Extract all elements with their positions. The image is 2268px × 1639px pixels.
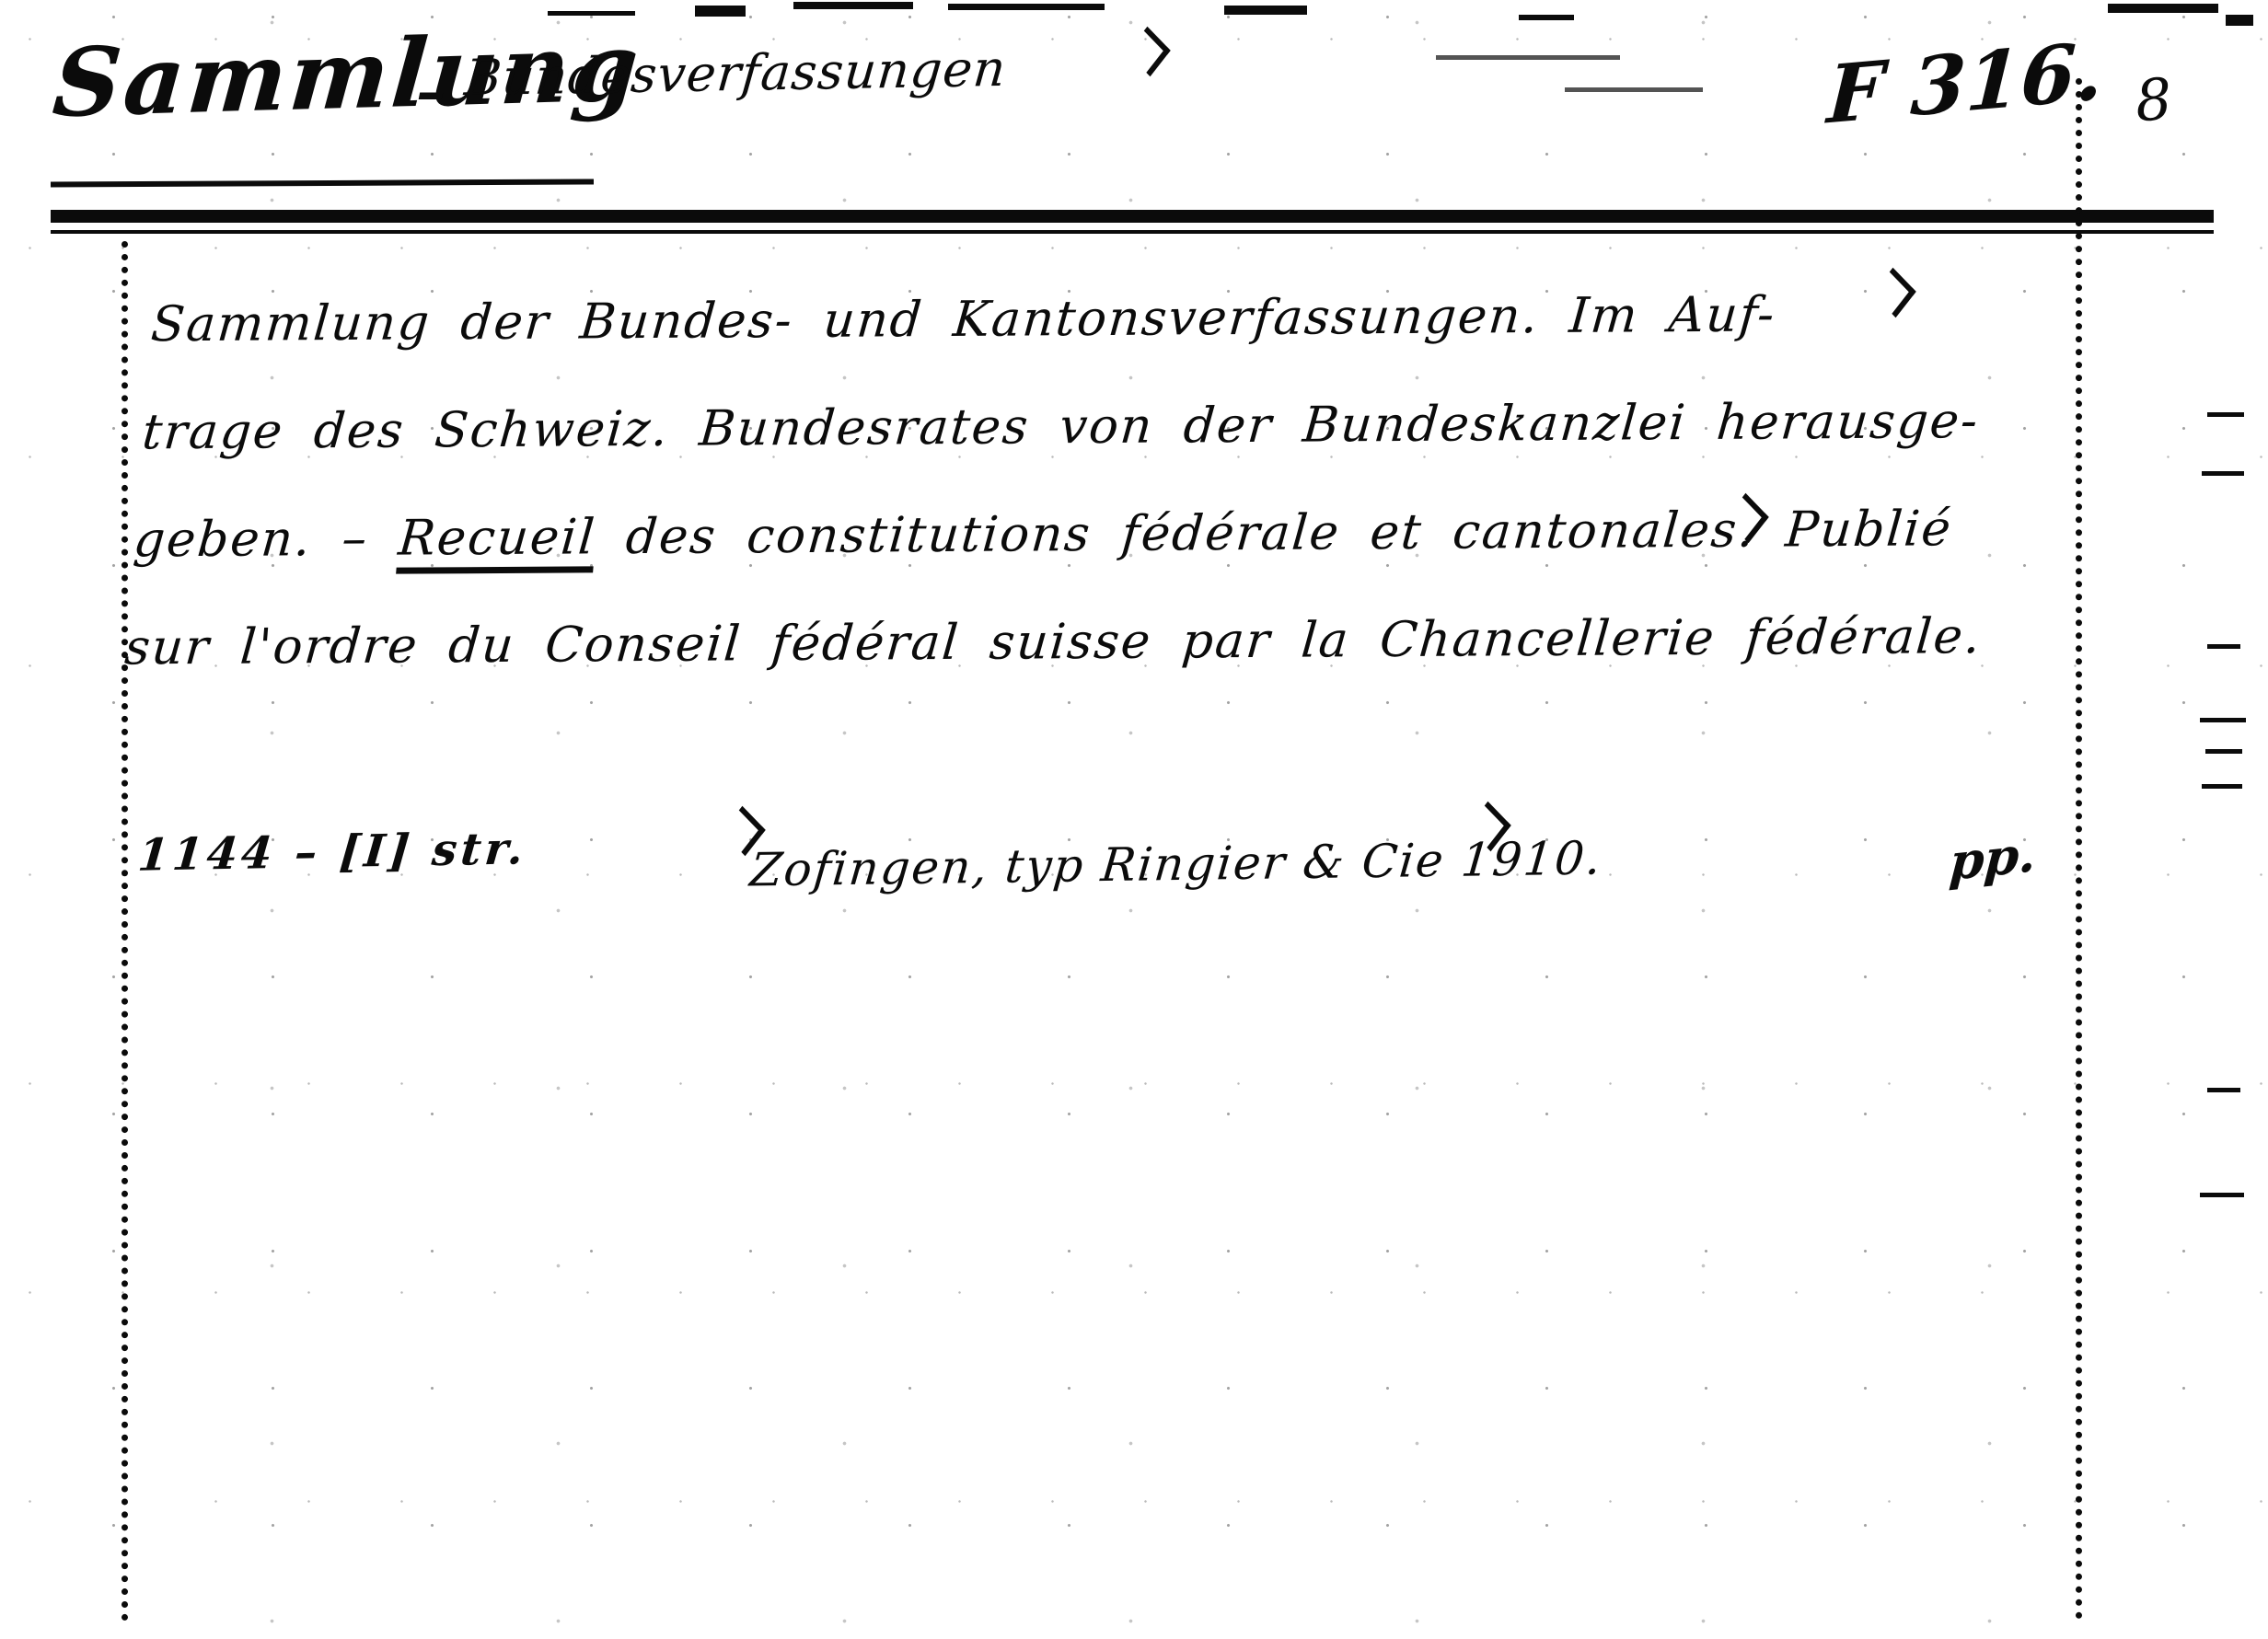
scan-noise-mark (548, 11, 635, 16)
scan-noise-mark (1565, 87, 1703, 92)
card-right-dotted-border (2076, 78, 2082, 1620)
description-line-3-prefix: geben. – (132, 511, 401, 569)
scan-noise-texture (0, 0, 2268, 1639)
annotation-pp: pp. (1948, 824, 2038, 893)
description-line-4: sur l'ordre du Conseil fédéral suisse pa… (121, 583, 2053, 702)
scan-noise-mark (2205, 749, 2242, 754)
card-subtitle: Bundesverfassungen (462, 40, 1009, 107)
header-rule-thick (51, 210, 2214, 223)
description-line-3: geben. – Recueil des constitutions fédér… (129, 475, 2061, 594)
title-underline-rule (51, 179, 594, 187)
description-line-2: trage des Schweiz. Bundesrates von der B… (138, 367, 2070, 487)
scan-noise-mark (1436, 55, 1620, 60)
scan-noise-mark (793, 2, 913, 9)
title-dash: – (416, 57, 445, 126)
card-left-dotted-border (121, 241, 128, 1622)
shelfmark: F 316. (1825, 24, 2106, 142)
imprint-statement: Zofingen, typ Ringier & Cie 1910. (747, 831, 1604, 896)
scan-noise-mark (2207, 644, 2240, 649)
scan-noise-mark (695, 6, 746, 17)
scan-noise-mark (2207, 1088, 2240, 1092)
scan-noise-mark (1224, 6, 1307, 15)
scan-noise-mark (2202, 471, 2244, 476)
scan-noise-mark (2202, 784, 2242, 789)
header-rule-thin (51, 230, 2214, 234)
scan-noise-mark (1519, 15, 1574, 20)
scan-noise-mark (2200, 718, 2246, 722)
scan-noise-mark (2207, 412, 2244, 417)
catalog-card-scan: Sammlung – Bundesverfassungen F 316. 8 S… (0, 0, 2268, 1639)
bibliographic-description: Sammlung der Bundes- und Kantonsverfassu… (121, 259, 2079, 701)
scan-noise-mark (2226, 15, 2253, 26)
description-line-1: Sammlung der Bundes- und Kantonsverfassu… (147, 259, 2079, 378)
scan-noise-mark (2108, 4, 2218, 13)
scan-noise-mark (948, 4, 1105, 10)
copy-number: 8 (2134, 65, 2174, 135)
underlined-word-recueil: Recueil (396, 509, 598, 573)
scan-noise-mark (2200, 1193, 2244, 1197)
collation-statement: 1144 – [I] str. (136, 823, 529, 881)
scan-noise-chevron (1127, 27, 1170, 77)
